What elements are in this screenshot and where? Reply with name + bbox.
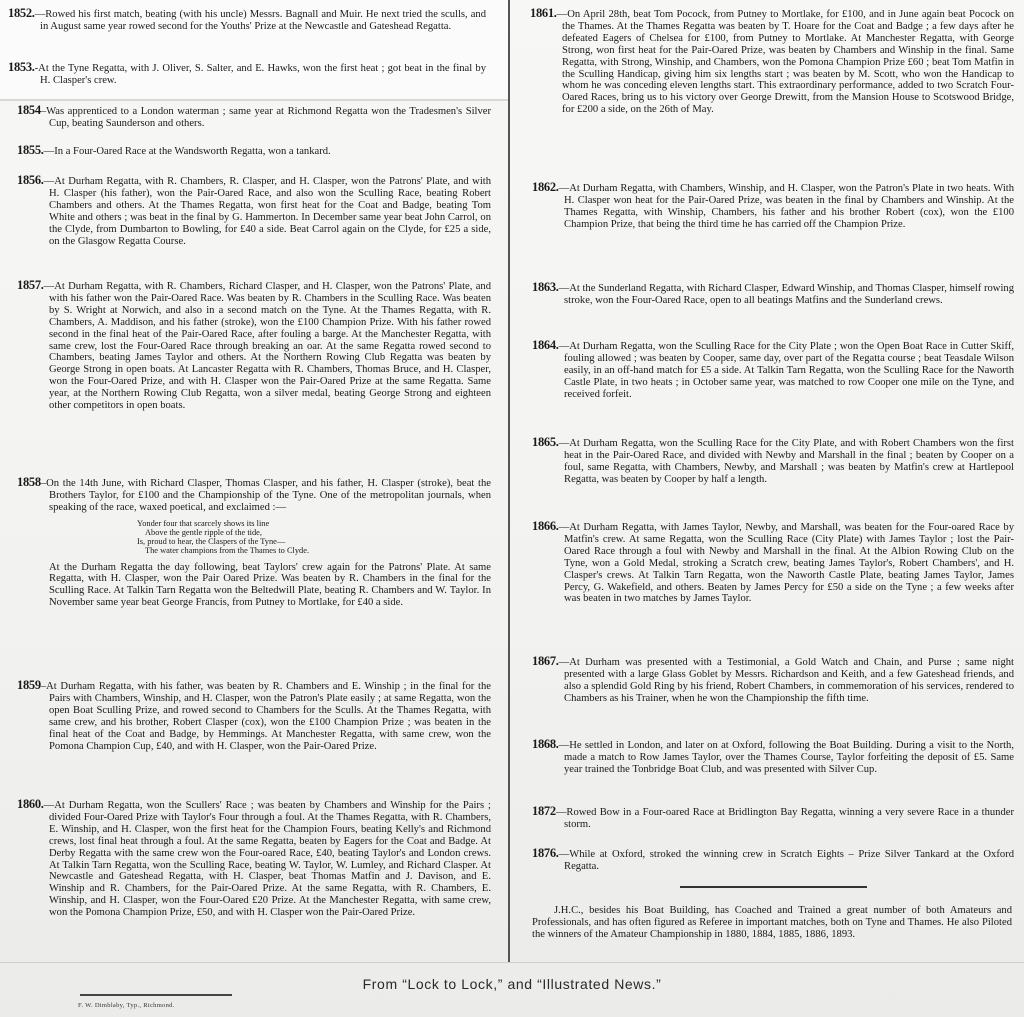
entry-text: —At Durham Regatta, with R. Chambers, R.… [44, 176, 491, 247]
entry-1867: 1867.—At Durham was presented with a Tes… [532, 656, 1014, 705]
entry-1862: 1862.—At Durham Regatta, with Chambers, … [532, 182, 1014, 231]
entry-text: —At Durham was presented with a Testimon… [559, 657, 1014, 704]
entry-1859: 1859–At Durham Regatta, with his father,… [17, 680, 491, 752]
entry-1852: 1852.—Rowed his first match, beating (wi… [8, 8, 486, 33]
entry-1854: 1854–Was apprenticed to a London waterma… [17, 105, 491, 130]
entry-year: 1860. [17, 797, 44, 811]
printer-imprint: F. W. Dimblaby, Typ., Richmond. [78, 1002, 175, 1009]
entry-1855: 1855.—In a Four-Oared Race at the Wandsw… [17, 145, 491, 158]
entry-text: —At Durham Regatta, with Chambers, Winsh… [559, 183, 1014, 230]
entry-text: —At Durham Regatta, with James Taylor, N… [559, 522, 1014, 604]
entry-text: –Was apprenticed to a London waterman ; … [41, 106, 491, 129]
entry-1868: 1868.—He settled in London, and later on… [532, 739, 1014, 776]
entry-text: —At Durham Regatta, with R. Chambers, Ri… [44, 281, 491, 411]
entry-1860: 1860.—At Durham Regatta, won the Sculler… [17, 799, 491, 919]
entry-1858: 1858–On the 14th June, with Richard Clas… [17, 477, 491, 609]
entry-1856: 1856.—At Durham Regatta, with R. Chamber… [17, 175, 491, 247]
entry-text: —At Durham Regatta, won the Sculling Rac… [559, 341, 1014, 400]
entry-year: 1863. [532, 280, 559, 294]
entry-text: –On the 14th June, with Richard Clasper,… [41, 478, 491, 513]
entry-year: 1857. [17, 278, 44, 292]
entry-1857: 1857.—At Durham Regatta, with R. Chamber… [17, 280, 491, 412]
entry-year: 1862. [532, 180, 559, 194]
entry-text: —At the Sunderland Regatta, with Richard… [559, 283, 1014, 306]
entry-1853: 1853.-At the Tyne Regatta, with J. Olive… [8, 62, 486, 87]
entry-year: 1876. [532, 846, 559, 860]
poem-quote: Yonder four that scarcely shows its line… [17, 519, 491, 556]
poem-line: Above the gentle ripple of the tide, [137, 528, 491, 537]
entry-1872: 1872—Rowed Bow in a Four-oared Race at B… [532, 806, 1014, 831]
entry-1876: 1876.—While at Oxford, stroked the winni… [532, 848, 1014, 873]
poem-line: The water champions from the Thames to C… [137, 546, 491, 555]
entry-1866: 1866.—At Durham Regatta, with James Tayl… [532, 521, 1014, 605]
entry-year: 1872 [532, 804, 556, 818]
entry-year: 1868. [532, 737, 559, 751]
entry-year: 1864. [532, 338, 559, 352]
entry-year: 1854 [17, 103, 41, 117]
entry-text: –At Durham Regatta, with his father, was… [41, 681, 491, 752]
entry-year: 1859 [17, 678, 41, 692]
entry-year: 1861. [530, 6, 557, 20]
poem-line: Is, proud to hear, the Claspers of the T… [137, 537, 491, 546]
closing-paragraph: J.H.C., besides his Boat Building, has C… [532, 905, 1012, 941]
entry-text: —He settled in London, and later on at O… [559, 740, 1014, 775]
entry-1863: 1863.—At the Sunderland Regatta, with Ri… [532, 282, 1014, 307]
entry-year: 1865. [532, 435, 559, 449]
entry-text: —Rowed Bow in a Four-oared Race at Bridl… [556, 807, 1014, 830]
entry-1865: 1865.—At Durham Regatta, won the Scullin… [532, 437, 1014, 486]
entry-year: 1855. [17, 143, 44, 157]
entry-year: 1856. [17, 173, 44, 187]
entry-text: —While at Oxford, stroked the winning cr… [559, 849, 1014, 872]
footer-divider [0, 962, 1024, 963]
document-page: 1852.—Rowed his first match, beating (wi… [0, 0, 1024, 1017]
paper-fold-edge [0, 99, 508, 101]
printer-rule [80, 994, 232, 996]
entry-year: 1853. [8, 60, 35, 74]
column-divider [508, 0, 510, 962]
entry-year: 1866. [532, 519, 559, 533]
entry-continuation: At the Durham Regatta the day following,… [17, 562, 491, 610]
entry-year: 1852. [8, 6, 35, 20]
entry-year: 1867. [532, 654, 559, 668]
entry-text: -At the Tyne Regatta, with J. Oliver, S.… [35, 63, 486, 86]
entry-text: —In a Four-Oared Race at the Wandsworth … [44, 146, 331, 157]
entry-1861: 1861.—On April 28th, beat Tom Pocock, fr… [530, 8, 1014, 116]
entry-year: 1858 [17, 475, 41, 489]
entry-text: —At Durham Regatta, won the Sculling Rac… [559, 438, 1014, 485]
source-attribution: From “Lock to Lock,” and “Illustrated Ne… [0, 976, 1024, 992]
entry-text: —At Durham Regatta, won the Scullers' Ra… [44, 800, 491, 918]
entry-text: —On April 28th, beat Tom Pocock, from Pu… [557, 9, 1014, 115]
poem-line: Yonder four that scarcely shows its line [137, 519, 491, 528]
entry-text: —Rowed his first match, beating (with hi… [35, 9, 486, 32]
section-rule [680, 886, 867, 888]
entry-1864: 1864.—At Durham Regatta, won the Scullin… [532, 340, 1014, 401]
